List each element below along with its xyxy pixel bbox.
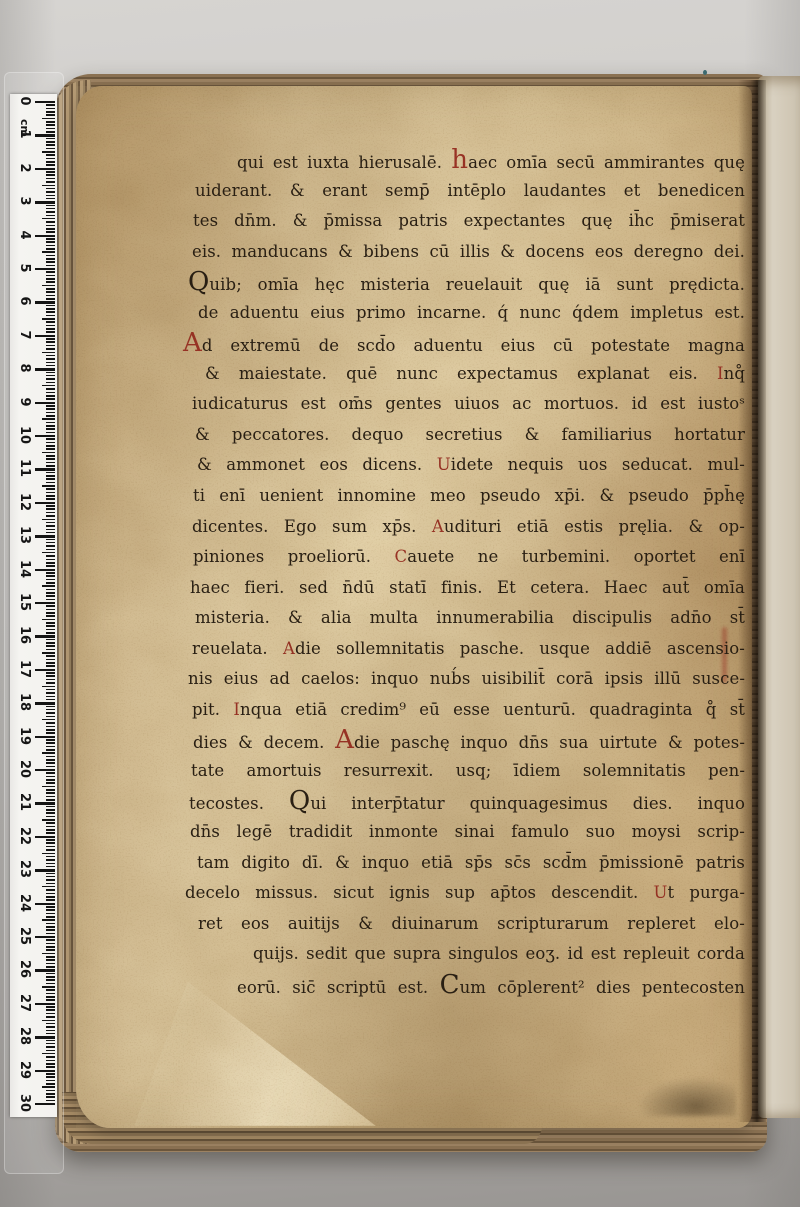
- ruler-tick: [46, 575, 55, 577]
- ruler-tick: [46, 789, 55, 791]
- ruler-tick: [35, 268, 55, 270]
- ruler-tick: [46, 305, 55, 307]
- ruler-tick: [46, 1023, 55, 1025]
- ruler-tick: [46, 592, 55, 594]
- text-line: & peccatores. dequo secretius & familiar…: [183, 420, 745, 451]
- text-line: & maiestate. quē nunc expectamus explana…: [183, 359, 745, 390]
- ruler-tick: [46, 996, 55, 998]
- ruler-tick: [46, 726, 55, 728]
- rubric-initial: I: [717, 364, 724, 383]
- ruler-tick: [35, 702, 55, 704]
- ruler-tick: [46, 665, 55, 667]
- ruler-tick: [35, 569, 55, 571]
- ruler-tick: [46, 265, 55, 267]
- ruler-tick: [46, 782, 55, 784]
- ruler-tick: [46, 248, 55, 250]
- ruler-tick: [35, 1036, 55, 1038]
- ruler-tick: [46, 1006, 55, 1008]
- ruler-tick: [46, 154, 55, 156]
- ruler-tick: [46, 1063, 55, 1065]
- ruler-tick: [42, 218, 55, 220]
- ruler-tick: [46, 762, 55, 764]
- ruler-tick: [46, 846, 55, 848]
- ruler-tick: [46, 822, 55, 824]
- ruler-tick: [46, 191, 55, 193]
- ruler-tick: [35, 1103, 55, 1105]
- ruler-tick: [46, 1100, 55, 1102]
- ruler-tick: [35, 802, 55, 804]
- ruler-tick: [46, 475, 55, 477]
- ruler-tick: [46, 291, 55, 293]
- ruler-tick: [46, 532, 55, 534]
- ruler-tick: [46, 866, 55, 868]
- ruler-tick: [46, 281, 55, 283]
- rubric-initial: U: [437, 455, 451, 474]
- ruler-tick: [46, 739, 55, 741]
- ruler-tick: [46, 425, 55, 427]
- ruler-tick: [46, 358, 55, 360]
- text-segment: ti enī uenient innomine meo pseudo xp̄i.…: [193, 486, 745, 505]
- ruler-tick: [35, 435, 55, 437]
- ruler-tick: [46, 221, 55, 223]
- ruler-number: 14: [15, 560, 33, 578]
- ruler-number: 11: [15, 459, 33, 477]
- rubric-initial: A: [335, 725, 354, 755]
- ruler-tick: [46, 338, 55, 340]
- text-segment: & peccatores. dequo secretius & familiar…: [195, 425, 745, 444]
- ruler-tick: [46, 114, 55, 116]
- ruler-tick: [46, 595, 55, 597]
- ruler-number: 1: [15, 125, 33, 143]
- ruler-tick: [46, 559, 55, 561]
- ruler-tick: [46, 696, 55, 698]
- ruler-tick: [46, 792, 55, 794]
- ruler-tick: [46, 639, 55, 641]
- ruler-tick: [46, 899, 55, 901]
- ruler-tick: [46, 181, 55, 183]
- ruler-tick: [46, 395, 55, 397]
- text-line: reuelata. Adie sollemnitatis pasche. usq…: [183, 634, 745, 665]
- ruler-tick: [46, 873, 55, 875]
- ruler-tick: [46, 615, 55, 617]
- ruler-tick: [46, 1080, 55, 1082]
- ruler-tick: [46, 956, 55, 958]
- ruler-tick: [46, 826, 55, 828]
- text-segment: de aduentu eius primo incarne. q́ nunc q…: [198, 303, 745, 322]
- ruler-tick: [35, 335, 55, 337]
- ruler-number: 10: [15, 426, 33, 444]
- ruler-tick: [46, 906, 55, 908]
- ruler-tick: [46, 331, 55, 333]
- ruler-number: 17: [15, 660, 33, 678]
- ruler-tick: [46, 372, 55, 374]
- ruler-tick: [42, 652, 55, 654]
- ruler-tick: [46, 699, 55, 701]
- ruler-tick: [46, 488, 55, 490]
- ruler-tick: [46, 215, 55, 217]
- ruler-tick: [42, 1020, 55, 1022]
- ruler-tick: [46, 759, 55, 761]
- ruler-tick: [46, 465, 55, 467]
- ruler-tick: [35, 602, 55, 604]
- ruler-tick: [46, 462, 55, 464]
- ruler-tick: [42, 118, 55, 120]
- ruler-tick: [42, 318, 55, 320]
- text-segment: & ammonet eos dicens.: [197, 455, 437, 474]
- rubric-initial: h: [451, 145, 468, 175]
- text-line: misteria. & alia multa innumerabilia dis…: [183, 603, 745, 634]
- ruler-tick: [46, 562, 55, 564]
- ruler-tick: [46, 629, 55, 631]
- ruler-tick: [46, 806, 55, 808]
- ruler-number: 28: [15, 1027, 33, 1045]
- ruler-tick: [46, 141, 55, 143]
- rubric-initial: A: [183, 328, 202, 358]
- ruler-tick: [35, 368, 55, 370]
- text-line: ret eos auitijs & diuinarum scripturarum…: [183, 909, 745, 940]
- ruler-tick: [46, 208, 55, 210]
- text-segment: nis eius ad caelos: inquo nub́s uisibili…: [188, 669, 745, 688]
- blue-speck: [703, 70, 707, 75]
- text-line: dies & decem. Adie paschę inquo dn̄s sua…: [183, 725, 745, 756]
- ruler-tick: [46, 993, 55, 995]
- ruler-tick: [46, 495, 55, 497]
- text-line: tam digito dī. & inquo etiā sp̄s sc̄s sc…: [183, 848, 745, 879]
- ruler-tick: [46, 458, 55, 460]
- ruler-number: 18: [15, 693, 33, 711]
- text-line: tecostes. Qui interp̄tatur quinquagesimu…: [183, 786, 745, 817]
- ruler-tick: [42, 752, 55, 754]
- ruler-tick: [46, 545, 55, 547]
- ruler-tick: [46, 645, 55, 647]
- ruler-tick: [46, 198, 55, 200]
- ruler-tick: [42, 585, 55, 587]
- ruler-tick: [46, 341, 55, 343]
- ruler-tick: [46, 255, 55, 257]
- ruler-tick: [46, 649, 55, 651]
- ruler-tick: [46, 442, 55, 444]
- ruler-tick: [46, 445, 55, 447]
- ruler-tick: [46, 816, 55, 818]
- ruler-tick: [46, 579, 55, 581]
- text-segment: qui est iuxta hierusalē.: [237, 153, 451, 172]
- ruler-tick: [46, 612, 55, 614]
- text-segment: pit.: [192, 700, 233, 719]
- ruler-tick: [46, 689, 55, 691]
- gutter-shadow: [738, 80, 766, 1122]
- ruler-tick: [46, 539, 55, 541]
- ruler-number: 22: [15, 827, 33, 845]
- ruler-tick: [46, 124, 55, 126]
- ruler-tick: [46, 355, 55, 357]
- ruler-tick: [46, 709, 55, 711]
- ruler-tick: [46, 849, 55, 851]
- ruler-tick: [46, 549, 55, 551]
- text-segment: tes dn̄m. & p̄missa patris expectantes q…: [193, 211, 745, 230]
- ruler-tick: [42, 686, 55, 688]
- text-segment: & maiestate. quē nunc expectamus explana…: [205, 364, 717, 383]
- ruler-tick: [46, 161, 55, 163]
- ruler-tick: [46, 295, 55, 297]
- ruler-tick: [46, 375, 55, 377]
- ruler-number: 12: [15, 493, 33, 511]
- ruler-tick: [35, 134, 55, 136]
- ruler-tick: [35, 301, 55, 303]
- text-segment: die sollemnitatis pasche. usque addiē as…: [295, 639, 745, 658]
- ruler-number: 6: [15, 292, 33, 310]
- ruler-tick: [46, 565, 55, 567]
- ruler: cm 0123456789101112131415161718192021222…: [10, 94, 57, 1117]
- ruler-tick: [46, 706, 55, 708]
- ruler-tick: [46, 572, 55, 574]
- ruler-tick: [46, 478, 55, 480]
- ruler-tick: [46, 482, 55, 484]
- ruler-tick: [42, 853, 55, 855]
- manuscript-text: qui est iuxta hierusalē. haec omīa secū …: [183, 145, 745, 1000]
- ruler-tick: [46, 1043, 55, 1045]
- ruler-tick: [42, 819, 55, 821]
- ruler-number: 19: [15, 727, 33, 745]
- ruler-number: 26: [15, 960, 33, 978]
- ruler-tick: [46, 642, 55, 644]
- text-segment: eis. manducans & bibens cū illis & docen…: [192, 242, 745, 261]
- text-segment: dies & decem.: [193, 733, 335, 752]
- ruler-tick: [46, 1050, 55, 1052]
- ruler-tick: [46, 448, 55, 450]
- ruler-tick: [46, 609, 55, 611]
- ruler-tick: [35, 903, 55, 905]
- ruler-number: 13: [15, 526, 33, 544]
- text-line: eorū. sic̄ scriptū est. Cum cōplerent² d…: [183, 970, 745, 1001]
- ruler-tick: [35, 635, 55, 637]
- ruler-tick: [46, 682, 55, 684]
- text-line: quijs. sedit que supra singulos eoʒ. id …: [183, 939, 745, 970]
- ruler-tick: [46, 321, 55, 323]
- rubric-initial: A: [283, 639, 295, 658]
- ruler-tick: [35, 168, 55, 170]
- ruler-number: 16: [15, 626, 33, 644]
- ruler-number: 27: [15, 994, 33, 1012]
- text-line: decelo missus. sicut ignis sup ap̄tos de…: [183, 878, 745, 909]
- ruler-tick: [46, 883, 55, 885]
- text-segment: misteria. & alia multa innumerabilia dis…: [195, 608, 745, 627]
- ruler-tick: [35, 201, 55, 203]
- ruler-tick: [46, 909, 55, 911]
- text-line: Ad extremū de scd̄o aduentu eius cū pote…: [183, 328, 745, 359]
- ruler-tick: [46, 1066, 55, 1068]
- ruler-tick: [46, 529, 55, 531]
- ruler-tick: [42, 1053, 55, 1055]
- text-segment: Q: [289, 786, 310, 816]
- ruler-tick: [46, 776, 55, 778]
- ruler-tick: [46, 415, 55, 417]
- ruler-tick: [46, 742, 55, 744]
- text-line: piniones proeliorū. Cauete ne turbemini.…: [183, 542, 745, 573]
- ruler-tick: [42, 953, 55, 955]
- text-segment: idete nequis uos seducat. mul-: [451, 455, 745, 474]
- text-segment: dn̄s legē tradidit inmonte sinai famulo …: [190, 822, 745, 841]
- ruler-tick: [46, 622, 55, 624]
- text-segment: ret eos auitijs & diuinarum scripturarum…: [198, 914, 745, 933]
- ruler-tick: [46, 211, 55, 213]
- ruler-tick: [46, 195, 55, 197]
- text-segment: tecostes.: [189, 794, 289, 813]
- ruler-tick: [46, 365, 55, 367]
- ruler-tick: [46, 164, 55, 166]
- ruler-tick: [46, 288, 55, 290]
- ruler-tick: [42, 185, 55, 187]
- ruler-tick: [35, 936, 55, 938]
- ruler-tick: [46, 241, 55, 243]
- ruler-tick: [35, 402, 55, 404]
- text-segment: ui interp̄tatur quinquagesimus dies. inq…: [310, 794, 745, 813]
- ruler-tick: [46, 772, 55, 774]
- ruler-tick: [46, 1090, 55, 1092]
- ruler-tick: [42, 352, 55, 354]
- ruler-tick: [46, 542, 55, 544]
- ruler-tick: [46, 188, 55, 190]
- text-segment: die paschę inquo dn̄s sua uirtute & pote…: [354, 733, 745, 752]
- text-line: uiderant. & erant semp̄ intēplo laudante…: [183, 176, 745, 207]
- ruler-tick: [46, 472, 55, 474]
- ruler-tick: [46, 328, 55, 330]
- ruler-tick: [42, 385, 55, 387]
- ruler-tick: [46, 779, 55, 781]
- ruler-tick: [35, 1070, 55, 1072]
- text-segment: decelo missus. sicut ignis sup ap̄tos de…: [185, 883, 653, 902]
- text-line: tes dn̄m. & p̄missa patris expectantes q…: [183, 206, 745, 237]
- ruler-tick: [46, 923, 55, 925]
- ruler-tick: [46, 412, 55, 414]
- ruler-tick: [46, 1016, 55, 1018]
- ruler-tick: [46, 746, 55, 748]
- text-segment: haec fieri. sed n̄dū statī finis. Et cet…: [190, 578, 745, 597]
- ruler-tick: [46, 625, 55, 627]
- text-segment: Q: [188, 267, 209, 297]
- ruler-tick: [46, 271, 55, 273]
- ruler-tick: [42, 418, 55, 420]
- ruler-tick: [46, 756, 55, 758]
- ruler-tick: [46, 926, 55, 928]
- ruler-tick: [46, 508, 55, 510]
- ruler-tick: [46, 245, 55, 247]
- ruler-tick: [35, 1003, 55, 1005]
- ruler-number: 21: [15, 793, 33, 811]
- ruler-tick: [46, 655, 55, 657]
- ruler-tick: [46, 859, 55, 861]
- ruler-tick: [46, 605, 55, 607]
- text-line: ti enī uenient innomine meo pseudo xp̄i.…: [183, 481, 745, 512]
- ruler-tick: [46, 121, 55, 123]
- ruler-tick: [46, 388, 55, 390]
- ruler-tick: [46, 258, 55, 260]
- text-line: Quib; omīa hęc misteria reuelauit quę iā…: [183, 267, 745, 298]
- ruler-number: 30: [15, 1094, 33, 1112]
- text-segment: uiderant. & erant semp̄ intēplo laudante…: [195, 181, 745, 200]
- ruler-tick: [46, 712, 55, 714]
- ruler-number: 24: [15, 894, 33, 912]
- ruler-number: 0: [15, 92, 33, 110]
- text-line: haec fieri. sed n̄dū statī finis. Et cet…: [183, 573, 745, 604]
- text-segment: aec omīa secū ammirantes quę: [468, 153, 745, 172]
- ruler-tick: [46, 111, 55, 113]
- ruler-tick: [46, 1060, 55, 1062]
- ruler-tick: [35, 502, 55, 504]
- ruler-tick: [46, 138, 55, 140]
- ruler-tick: [46, 799, 55, 801]
- ruler-number: 5: [15, 259, 33, 277]
- ruler-number: 20: [15, 760, 33, 778]
- ruler-tick: [35, 669, 55, 671]
- ruler-tick: [46, 261, 55, 263]
- ruler-tick: [35, 969, 55, 971]
- ruler-tick: [46, 428, 55, 430]
- text-line: qui est iuxta hierusalē. haec omīa secū …: [183, 145, 745, 176]
- photo-backdrop: { "ruler": { "unit_label": "cm", "number…: [0, 0, 800, 1207]
- ruler-tick: [46, 966, 55, 968]
- ruler-tick: [42, 1086, 55, 1088]
- ruler-tick: [46, 722, 55, 724]
- ruler-tick: [46, 225, 55, 227]
- rubric-initial: I: [233, 700, 240, 719]
- ruler-tick: [46, 348, 55, 350]
- ruler-tick: [46, 1093, 55, 1095]
- ruler-tick: [35, 736, 55, 738]
- ruler-tick: [46, 1083, 55, 1085]
- ruler-tick: [46, 692, 55, 694]
- ruler-tick: [46, 174, 55, 176]
- ruler-tick: [46, 1026, 55, 1028]
- text-segment: tam digito dī. & inquo etiā sp̄s sc̄s sc…: [197, 853, 745, 872]
- ruler-tick: [46, 1076, 55, 1078]
- ruler-tick: [46, 405, 55, 407]
- ruler-number: 23: [15, 860, 33, 878]
- ruler-tick: [46, 311, 55, 313]
- ruler-number: 8: [15, 359, 33, 377]
- ruler-tick: [46, 983, 55, 985]
- ruler-tick: [46, 879, 55, 881]
- ruler-tick: [46, 989, 55, 991]
- ruler-tick: [42, 786, 55, 788]
- ruler-tick: [42, 919, 55, 921]
- ruler-tick: [46, 893, 55, 895]
- manuscript-page: qui est iuxta hierusalē. haec omīa secū …: [76, 86, 752, 1128]
- ruler-tick: [46, 839, 55, 841]
- text-line: nis eius ad caelos: inquo nub́s uisibili…: [183, 664, 745, 695]
- ruler-tick: [35, 535, 55, 537]
- text-segment: tate amortuis resurrexit. usq; īdiem sol…: [191, 761, 745, 780]
- ruler-tick: [46, 228, 55, 230]
- ruler-tick: [46, 432, 55, 434]
- ruler-number: 29: [15, 1061, 33, 1079]
- ruler-tick: [46, 973, 55, 975]
- ruler-tick: [46, 672, 55, 674]
- ruler-tick: [35, 468, 55, 470]
- ruler-tick: [46, 205, 55, 207]
- ruler-tick: [46, 231, 55, 233]
- ruler-tick: [46, 1073, 55, 1075]
- text-segment: eorū. sic̄ scriptū est.: [237, 978, 440, 997]
- ruler-tick: [46, 766, 55, 768]
- ruler-tick: [46, 1096, 55, 1098]
- text-line: eis. manducans & bibens cū illis & docen…: [183, 237, 745, 268]
- rubric-initial: U: [653, 883, 667, 902]
- ruler-tick: [46, 148, 55, 150]
- text-segment: um cōplerent² dies pentecosten: [460, 978, 745, 997]
- text-segment: uib; omīa hęc misteria reuelauit quę iā …: [209, 275, 745, 294]
- ruler-tick: [46, 913, 55, 915]
- ruler-tick: [46, 505, 55, 507]
